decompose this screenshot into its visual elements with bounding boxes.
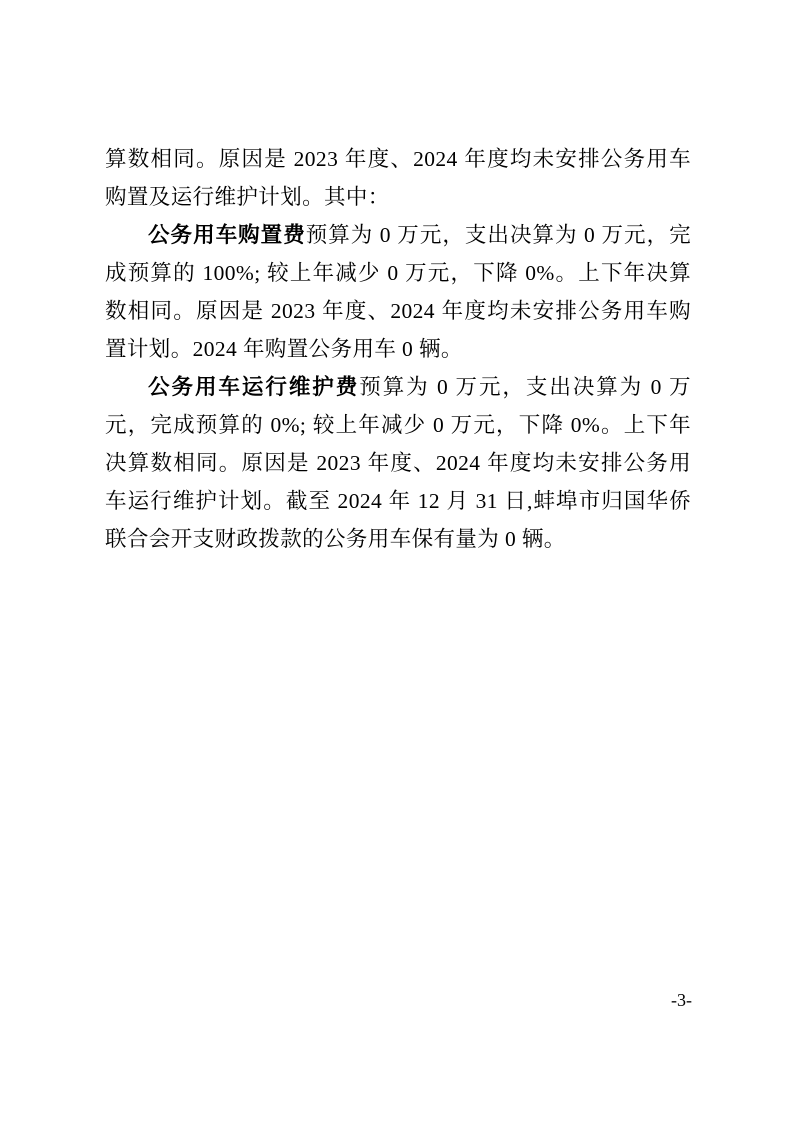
paragraph-bold-lead: 公务用车购置费 [148, 223, 306, 247]
page-number: -3- [671, 988, 692, 1012]
document-page: 算数相同。原因是 2023 年度、2024 年度均未安排公务用车购置及运行维护计… [0, 0, 794, 1122]
paragraph-text: 算数相同。原因是 2023 年度、2024 年度均未安排公务用车购置及运行维护计… [105, 147, 691, 209]
paragraph: 公务用车购置费预算为 0 万元，支出决算为 0 万元，完成预算的 100%; 较… [105, 216, 691, 368]
paragraph: 算数相同。原因是 2023 年度、2024 年度均未安排公务用车购置及运行维护计… [105, 140, 691, 216]
paragraph-text: 预算为 0 万元，支出决算为 0 万元，完成预算的 0%; 较上年减少 0 万元… [105, 375, 691, 551]
paragraph: 公务用车运行维护费预算为 0 万元，支出决算为 0 万元，完成预算的 0%; 较… [105, 368, 691, 558]
body-text-block: 算数相同。原因是 2023 年度、2024 年度均未安排公务用车购置及运行维护计… [105, 140, 691, 558]
paragraph-bold-lead: 公务用车运行维护费 [148, 375, 359, 399]
